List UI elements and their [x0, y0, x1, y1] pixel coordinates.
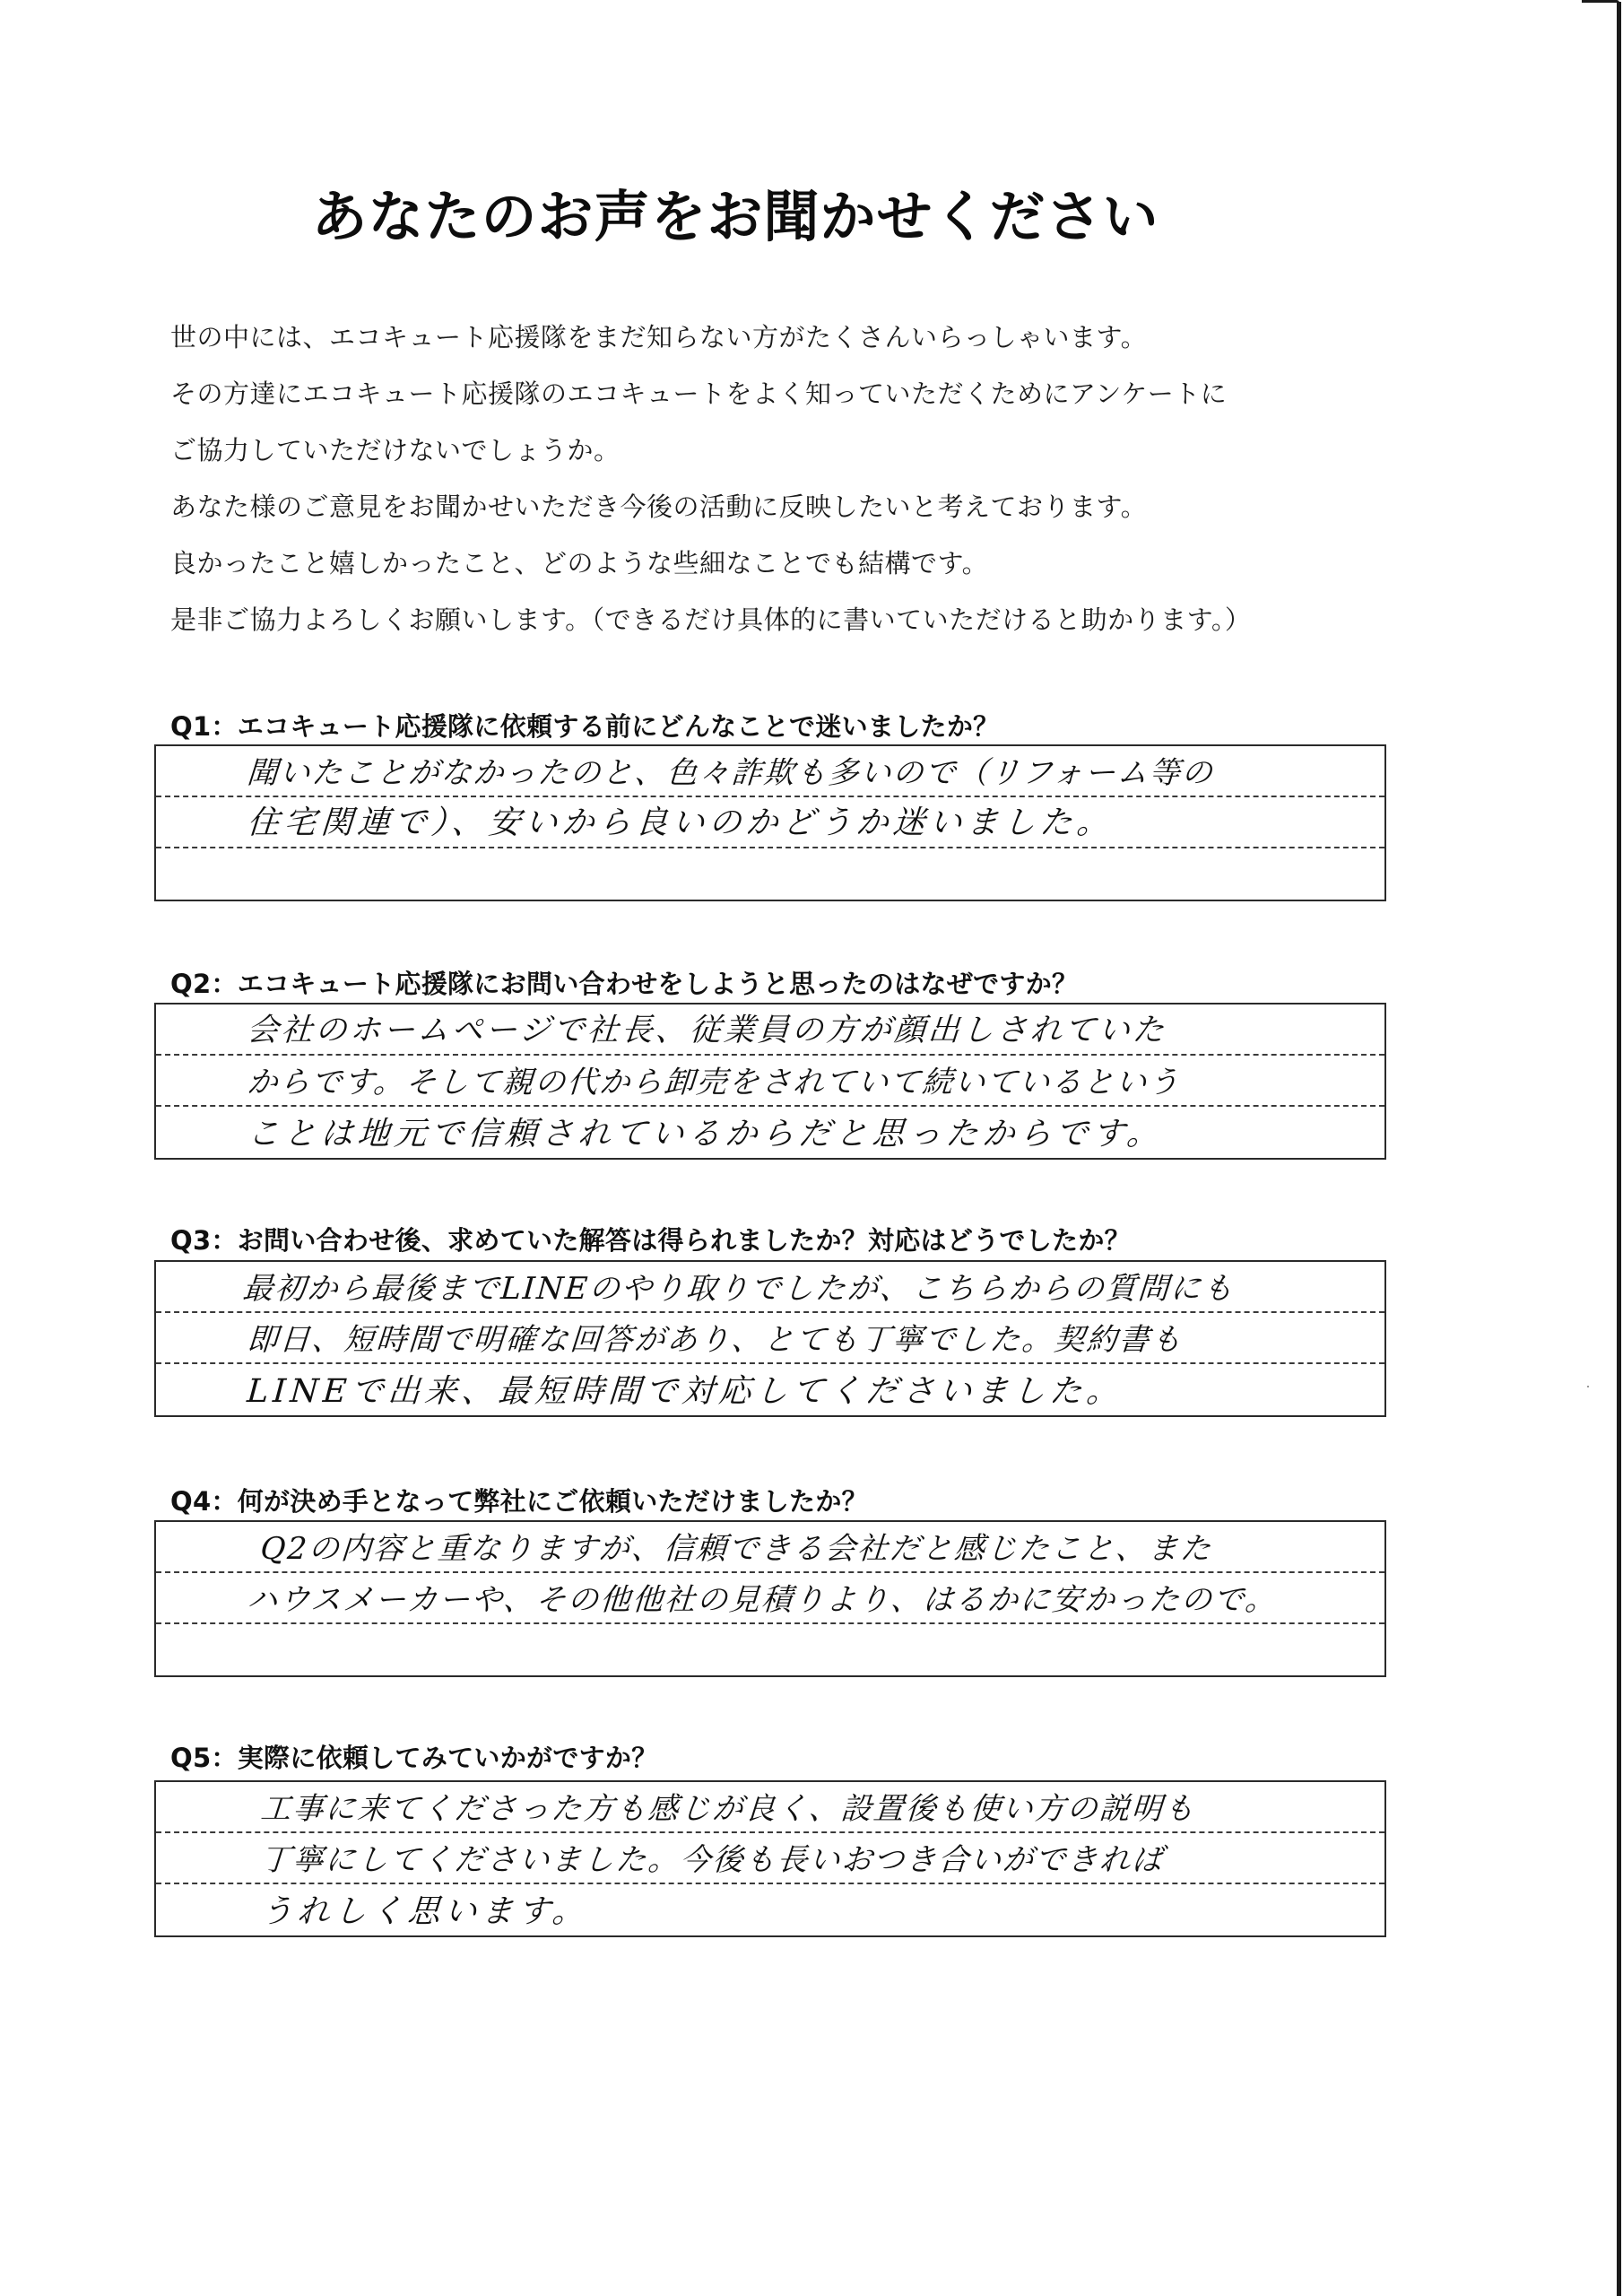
answer-row [156, 1624, 1384, 1675]
question-3-label: Q3：お問い合わせ後、求めていた解答は得られましたか？対応はどうでしたか？ [170, 1221, 1131, 1257]
answer-line: からです。そして親の代から卸売をされていて続いているという [246, 1057, 1182, 1101]
answer-line: 工事に来てくださった方も感じが良く、設置後も使い方の説明も [259, 1784, 1198, 1828]
answer-row: ハウスメーカーや、その他他社の見積りより、はるかに安かったので。 [156, 1573, 1384, 1624]
question-4-label: Q4：何が決め手となって弊社にご依頼いただけましたか？ [170, 1482, 868, 1518]
intro-line: 是非ご協力よろしくお願いします。（できるだけ具体的に書いていただけると助かります… [170, 601, 1426, 657]
answer-line: 丁寧にしてくださいました。今後も長いおつき合いができれば [259, 1835, 1166, 1879]
answer-line: 最初から最後までLINEのやり取りでしたが、こちらからの質問にも [241, 1264, 1237, 1308]
intro-line: その方達にエコキュート応援隊のエコキュートをよく知っていただくためにアンケートに [170, 375, 1426, 431]
answer-box-5: 工事に来てくださった方も感じが良く、設置後も使い方の説明も 丁寧にしてくださいま… [154, 1780, 1386, 1937]
intro-line: あなた様のご意見をお聞かせいただき今後の活動に反映したいと考えております。 [170, 488, 1426, 544]
answer-line: 会社のホームページで社長、従業員の方が顔出しされていた [246, 1005, 1168, 1050]
answer-line: 住宅関連で）、安いから良いのかどうか迷いました。 [246, 797, 1115, 843]
answer-row: うれしく思います。 [156, 1884, 1384, 1935]
answer-row: 工事に来てくださった方も感じが良く、設置後も使い方の説明も [156, 1782, 1384, 1833]
scan-speck [1587, 1386, 1589, 1387]
answer-row: 会社のホームページで社長、従業員の方が顔出しされていた [156, 1004, 1384, 1056]
question-2-label: Q2：エコキュート応援隊にお問い合わせをしようと思ったのはなぜですか？ [170, 964, 1078, 1001]
answer-box-3: 最初から最後までLINEのやり取りでしたが、こちらからの質問にも 即日、短時間で… [154, 1260, 1386, 1417]
answer-row: 即日、短時間で明確な回答があり、とても丁寧でした。契約書も [156, 1313, 1384, 1364]
answer-row: ことは地元で信頼されているからだと思ったからです。 [156, 1107, 1384, 1158]
answer-row: 住宅関連で）、安いから良いのかどうか迷いました。 [156, 797, 1384, 848]
answer-row: 丁寧にしてくださいました。今後も長いおつき合いができれば [156, 1833, 1384, 1884]
answer-row [156, 848, 1384, 900]
answer-line: 即日、短時間で明確な回答があり、とても丁寧でした。契約書も [246, 1315, 1185, 1359]
answer-line: 聞いたことがなかったのと、色々詐欺も多いので（リフォーム等の [246, 748, 1216, 792]
answer-box-2: 会社のホームページで社長、従業員の方が顔出しされていた からです。そして親の代か… [154, 1003, 1386, 1160]
answer-line: うれしく思います。 [259, 1886, 591, 1932]
answer-line: ことは地元で信頼されているからだと思ったからです。 [246, 1109, 1165, 1154]
answer-box-4: Q2の内容と重なりますが、信頼できる会社だと感じたこと、また ハウスメーカーや、… [154, 1520, 1386, 1677]
question-5-label: Q5：実際に依頼してみていかがですか？ [170, 1738, 658, 1775]
answer-line: Q2の内容と重なりますが、信頼できる会社だと感じたこと、また [259, 1524, 1214, 1568]
intro-text: 世の中には、エコキュート応援隊をまだ知らない方がたくさんいらっしゃいます。 その… [170, 318, 1426, 657]
page-edge [1617, 2, 1621, 2296]
answer-line: ハウスメーカーや、その他他社の見積りより、はるかに安かったので。 [246, 1575, 1279, 1619]
answer-row: 最初から最後までLINEのやり取りでしたが、こちらからの質問にも [156, 1262, 1384, 1313]
answer-box-1: 聞いたことがなかったのと、色々詐欺も多いので（リフォーム等の 住宅関連で）、安い… [154, 744, 1386, 901]
answer-row: Q2の内容と重なりますが、信頼できる会社だと感じたこと、また [156, 1522, 1384, 1573]
answer-row: LINEで出来、最短時間で対応してくださいました。 [156, 1364, 1384, 1415]
intro-line: 良かったこと嬉しかったこと、どのような些細なことでも結構です。 [170, 544, 1426, 601]
answer-row: からです。そして親の代から卸売をされていて続いているという [156, 1056, 1384, 1107]
intro-line: 世の中には、エコキュート応援隊をまだ知らない方がたくさんいらっしゃいます。 [170, 318, 1426, 375]
question-1-label: Q1：エコキュート応援隊に依頼する前にどんなことで迷いましたか？ [170, 707, 999, 744]
page-title: あなたのお声をお聞かせください [0, 172, 1471, 252]
answer-line: LINEで出来、最短時間で対応してくださいました。 [246, 1366, 1124, 1412]
intro-line: ご協力していただけないでしょうか。 [170, 431, 1426, 488]
answer-row: 聞いたことがなかったのと、色々詐欺も多いので（リフォーム等の [156, 746, 1384, 797]
page-edge-top [1582, 0, 1619, 3]
